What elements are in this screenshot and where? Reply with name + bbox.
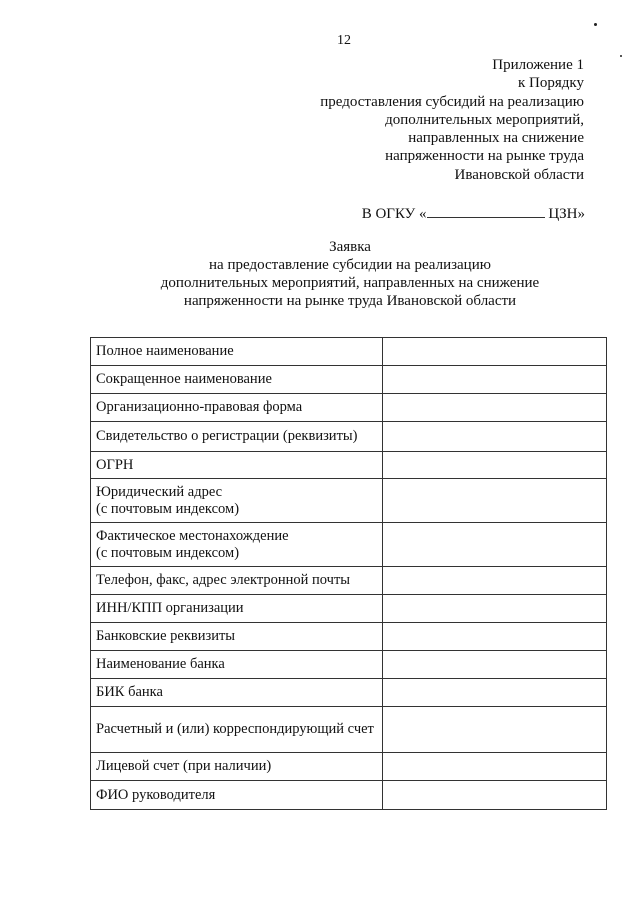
addressee-suffix: ЦЗН» bbox=[545, 206, 585, 222]
appendix-line: направленных на снижение bbox=[244, 129, 584, 147]
field-value-cell[interactable] bbox=[383, 366, 607, 394]
field-value-cell[interactable] bbox=[383, 707, 607, 753]
field-value-cell[interactable] bbox=[383, 753, 607, 781]
appendix-line: дополнительных мероприятий, bbox=[244, 111, 584, 129]
field-label: Юридический адрес(с почтовым индексом) bbox=[91, 479, 383, 523]
field-value-cell[interactable] bbox=[383, 479, 607, 523]
field-value-cell[interactable] bbox=[383, 679, 607, 707]
application-form-table: Полное наименованиеСокращенное наименова… bbox=[90, 337, 607, 810]
field-value-cell[interactable] bbox=[383, 567, 607, 595]
table-row: ФИО руководителя bbox=[91, 781, 607, 810]
addressee-line: В ОГКУ « ЦЗН» bbox=[362, 205, 585, 223]
page-number: 12 bbox=[337, 33, 351, 49]
field-value-cell[interactable] bbox=[383, 394, 607, 422]
field-label: ОГРН bbox=[91, 452, 383, 479]
field-label: Фактическое местонахождение(с почтовым и… bbox=[91, 523, 383, 567]
appendix-line: к Порядку bbox=[244, 74, 584, 92]
table-row: Телефон, факс, адрес электронной почты bbox=[91, 567, 607, 595]
addressee-prefix: В ОГКУ « bbox=[362, 206, 427, 222]
field-label: Телефон, факс, адрес электронной почты bbox=[91, 567, 383, 595]
field-label: БИК банка bbox=[91, 679, 383, 707]
scan-speck bbox=[620, 55, 622, 57]
field-label: Свидетельство о регистрации (реквизиты) bbox=[91, 422, 383, 452]
title-line: напряженности на рынке труда Ивановской … bbox=[100, 292, 600, 310]
table-row: Сокращенное наименование bbox=[91, 366, 607, 394]
field-value-cell[interactable] bbox=[383, 452, 607, 479]
appendix-line: напряженности на рынке труда bbox=[244, 147, 584, 165]
table-row: Расчетный и (или) корреспондирующий счет bbox=[91, 707, 607, 753]
field-value-cell[interactable] bbox=[383, 651, 607, 679]
appendix-line: Приложение 1 bbox=[244, 56, 584, 74]
table-row: Фактическое местонахождение(с почтовым и… bbox=[91, 523, 607, 567]
field-label: Лицевой счет (при наличии) bbox=[91, 753, 383, 781]
appendix-line: предоставления субсидий на реализацию bbox=[244, 93, 584, 111]
title-line: дополнительных мероприятий, направленных… bbox=[100, 274, 600, 292]
field-label: Полное наименование bbox=[91, 338, 383, 366]
field-label: Расчетный и (или) корреспондирующий счет bbox=[91, 707, 383, 753]
table-row: Лицевой счет (при наличии) bbox=[91, 753, 607, 781]
table-row: Банковские реквизиты bbox=[91, 623, 607, 651]
title-heading: Заявка bbox=[100, 238, 600, 256]
field-label: Организационно-правовая форма bbox=[91, 394, 383, 422]
table-row: БИК банка bbox=[91, 679, 607, 707]
field-value-cell[interactable] bbox=[383, 781, 607, 810]
table-row: Свидетельство о регистрации (реквизиты) bbox=[91, 422, 607, 452]
addressee-blank-field[interactable] bbox=[427, 205, 545, 218]
field-value-cell[interactable] bbox=[383, 338, 607, 366]
appendix-line: Ивановской области bbox=[244, 166, 584, 184]
field-label: ФИО руководителя bbox=[91, 781, 383, 810]
table-row: Наименование банка bbox=[91, 651, 607, 679]
field-label: Банковские реквизиты bbox=[91, 623, 383, 651]
table-row: Полное наименование bbox=[91, 338, 607, 366]
title-line: на предоставление субсидии на реализацию bbox=[100, 256, 600, 274]
table-row: ИНН/КПП организации bbox=[91, 595, 607, 623]
field-label: ИНН/КПП организации bbox=[91, 595, 383, 623]
field-value-cell[interactable] bbox=[383, 523, 607, 567]
field-value-cell[interactable] bbox=[383, 623, 607, 651]
field-label: Сокращенное наименование bbox=[91, 366, 383, 394]
table-row: Организационно-правовая форма bbox=[91, 394, 607, 422]
field-label: Наименование банка bbox=[91, 651, 383, 679]
table-row: ОГРН bbox=[91, 452, 607, 479]
table-row: Юридический адрес(с почтовым индексом) bbox=[91, 479, 607, 523]
application-title: Заявка на предоставление субсидии на реа… bbox=[100, 238, 600, 310]
field-value-cell[interactable] bbox=[383, 595, 607, 623]
field-value-cell[interactable] bbox=[383, 422, 607, 452]
appendix-header: Приложение 1 к Порядку предоставления су… bbox=[244, 56, 584, 184]
scan-speck bbox=[594, 23, 597, 26]
